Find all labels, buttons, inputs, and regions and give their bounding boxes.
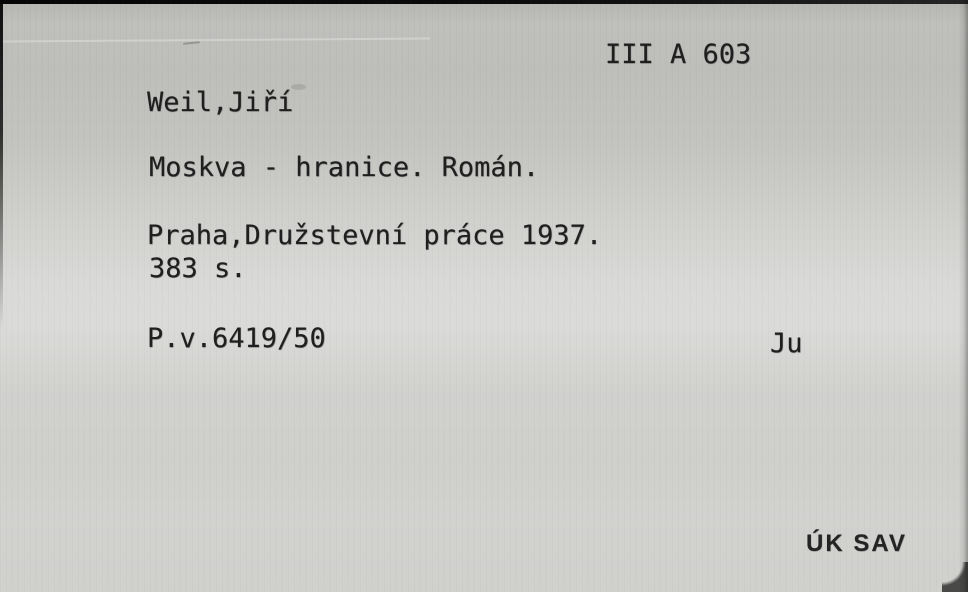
call-number: III A 603: [605, 40, 751, 70]
library-stamp: ÚK SAV: [806, 530, 907, 558]
scan-edge-top: [0, 0, 968, 4]
title-line: Moskva - hranice. Román.: [149, 153, 539, 183]
accession-number: P.v.6419/50: [147, 324, 326, 354]
catalog-card: III A 603 Weil,Jiří Moskva - hranice. Ro…: [0, 0, 968, 592]
card-corner-shadow: [942, 562, 968, 592]
scan-viewport: III A 603 Weil,Jiří Moskva - hranice. Ro…: [0, 0, 968, 592]
author-line: Weil,Jiří: [147, 88, 293, 118]
pagination-line: 383 s.: [149, 254, 247, 284]
scan-edge-right: [959, 0, 968, 592]
scan-edge-left: [0, 0, 3, 330]
pencil-mark: [183, 41, 200, 45]
paper-crease: [0, 37, 430, 42]
imprint-line: Praha,Družstevní práce 1937.: [147, 221, 602, 251]
cataloguer-initials: Ju: [770, 329, 803, 359]
